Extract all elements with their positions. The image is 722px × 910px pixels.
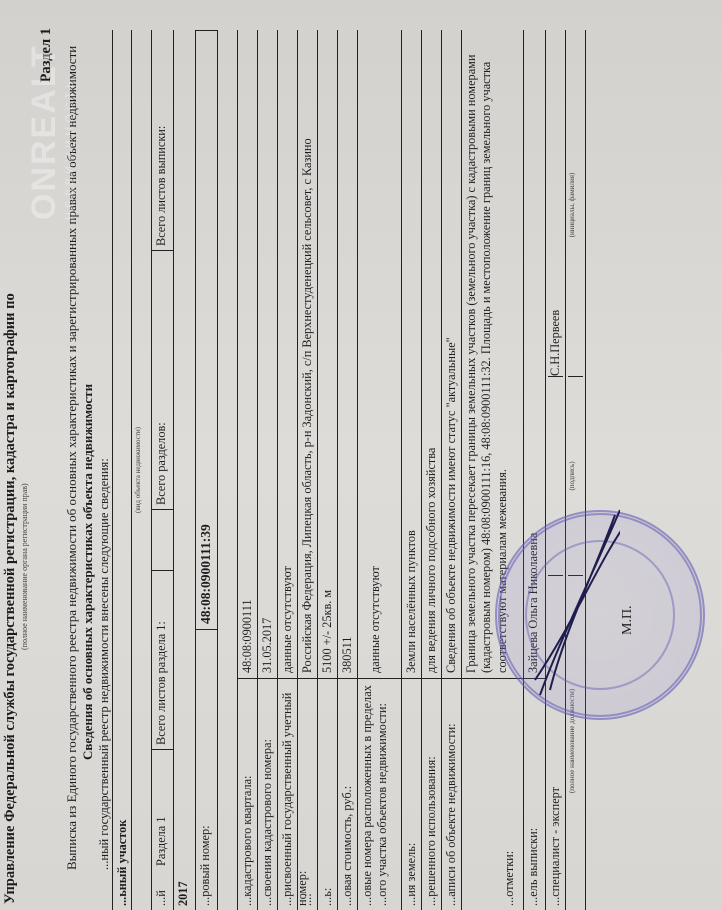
cadastral-number: 48:08:0900111:39 bbox=[196, 30, 217, 630]
field-row: ...овая стоимость, руб.: 380511 bbox=[338, 30, 358, 910]
field-label: ...решенного использования: bbox=[422, 678, 441, 910]
field-label: ...кадастрового квартала: bbox=[238, 678, 257, 910]
signer-name: С.Н.Первеев bbox=[548, 34, 563, 376]
cadastral-number-row: ...ровый номер: 48:08:0900111:39 bbox=[196, 30, 218, 910]
date-row: 2017 bbox=[174, 30, 196, 910]
field-row: ...ия земель: Земли населённых пунктов bbox=[402, 30, 422, 910]
field-row: ...своения кадастрового номера: 31.05.20… bbox=[258, 30, 278, 910]
field-label: ...своения кадастрового номера: bbox=[258, 678, 277, 910]
field-label: ...ия земель: bbox=[402, 678, 421, 910]
stamp-label: М.П. bbox=[620, 605, 636, 635]
field-row: ...аписи об объекте недвижимости: Сведен… bbox=[442, 30, 462, 910]
field-label: ...овые номера расположенных в пределах … bbox=[358, 678, 401, 910]
field-label: ...аписи об объекте недвижимости: bbox=[442, 678, 461, 910]
section-part: Раздела 1 bbox=[152, 750, 173, 870]
cadastral-extract-document: Управление Федеральной службы государств… bbox=[0, 0, 722, 910]
field-row: ...кадастрового квартала: 48:08:0900111 bbox=[238, 30, 258, 910]
object-type-caption-row: (вид объекта недвижимости) bbox=[132, 30, 152, 910]
object-type-row: ...ьный участок bbox=[112, 30, 132, 910]
field-row-recipient: ...ель выписки: Зайцева Ольга Николаевна bbox=[524, 30, 546, 910]
entered-line: ...ный государственный реестр недвижимос… bbox=[97, 458, 112, 870]
signer-row: ...специалист - эксперт С.Н.Первеев bbox=[546, 30, 566, 910]
field-value: для ведения личного подсобного хозяйства bbox=[422, 30, 441, 678]
watermark-brand: ONREALT bbox=[25, 44, 64, 220]
sheet-label: ...й bbox=[152, 870, 173, 910]
field-value: 380511 bbox=[338, 30, 357, 678]
field-value: 48:08:0900111 bbox=[238, 30, 257, 678]
field-value: Российская Федерация, Липецкая область, … bbox=[298, 30, 317, 678]
field-label: ...овая стоимость, руб.: bbox=[338, 678, 357, 910]
field-row-notes: ...отметки: Граница земельного участка п… bbox=[462, 30, 524, 910]
total-sheets: Всего листов выписки: bbox=[152, 30, 173, 250]
watermark: ONREALT НЕДВИЖИМОСТЬ bbox=[25, 44, 76, 220]
field-value: Сведения об объекте недвижимости имеют с… bbox=[442, 30, 461, 678]
field-row: ...решенного использования: для ведения … bbox=[422, 30, 442, 910]
field-value: Земли населённых пунктов bbox=[402, 30, 421, 678]
sheet-info-row: ...й Раздела 1 Всего листов раздела 1: В… bbox=[152, 30, 174, 910]
agency-title: Управление Федеральной службы государств… bbox=[2, 0, 19, 910]
agency-caption: (полное наименование органа регистрации … bbox=[20, 483, 29, 650]
field-value: данные отсутствуют bbox=[278, 30, 297, 678]
cadastral-number-label: ...ровый номер: bbox=[196, 710, 217, 910]
field-value: данные отсутствуют bbox=[358, 30, 401, 678]
data-table: ...ьный участок (вид объекта недвижимост… bbox=[112, 30, 586, 910]
watermark-tagline: НЕДВИЖИМОСТЬ bbox=[64, 44, 76, 220]
field-value: 31.05.2017 bbox=[258, 30, 277, 678]
field-label: ...ель выписки: bbox=[524, 678, 545, 910]
date: 2017 bbox=[174, 30, 195, 910]
field-label: ...рисвоенный государственный учетный но… bbox=[278, 678, 297, 910]
signature-scribble bbox=[520, 500, 620, 700]
object-type: ...ьный участок bbox=[113, 30, 131, 910]
field-row: ...ь: 5100 +/- 25кв. м bbox=[318, 30, 338, 910]
subtitle: Сведения об основных характеристиках объ… bbox=[80, 384, 96, 760]
object-type-caption: (вид объекта недвижимости) bbox=[132, 30, 151, 910]
field-row: ...: Российская Федерация, Липецкая обла… bbox=[298, 30, 318, 910]
name-caption: (инициалы, фамилия) bbox=[568, 34, 583, 376]
field-label: ...отметки: bbox=[462, 678, 523, 910]
field-label: ...: bbox=[298, 678, 317, 910]
sheets-in-section: Всего листов раздела 1: bbox=[152, 570, 173, 750]
signer-caption-row: (полное наименование должности) (подпись… bbox=[566, 30, 586, 910]
field-row: ...рисвоенный государственный учетный но… bbox=[278, 30, 298, 910]
field-value: 5100 +/- 25кв. м bbox=[318, 30, 337, 678]
field-row: ...овые номера расположенных в пределах … bbox=[358, 30, 402, 910]
total-sections: Всего разделов: bbox=[152, 250, 173, 510]
spacer-row bbox=[218, 30, 238, 910]
field-label: ...ь: bbox=[318, 678, 337, 910]
